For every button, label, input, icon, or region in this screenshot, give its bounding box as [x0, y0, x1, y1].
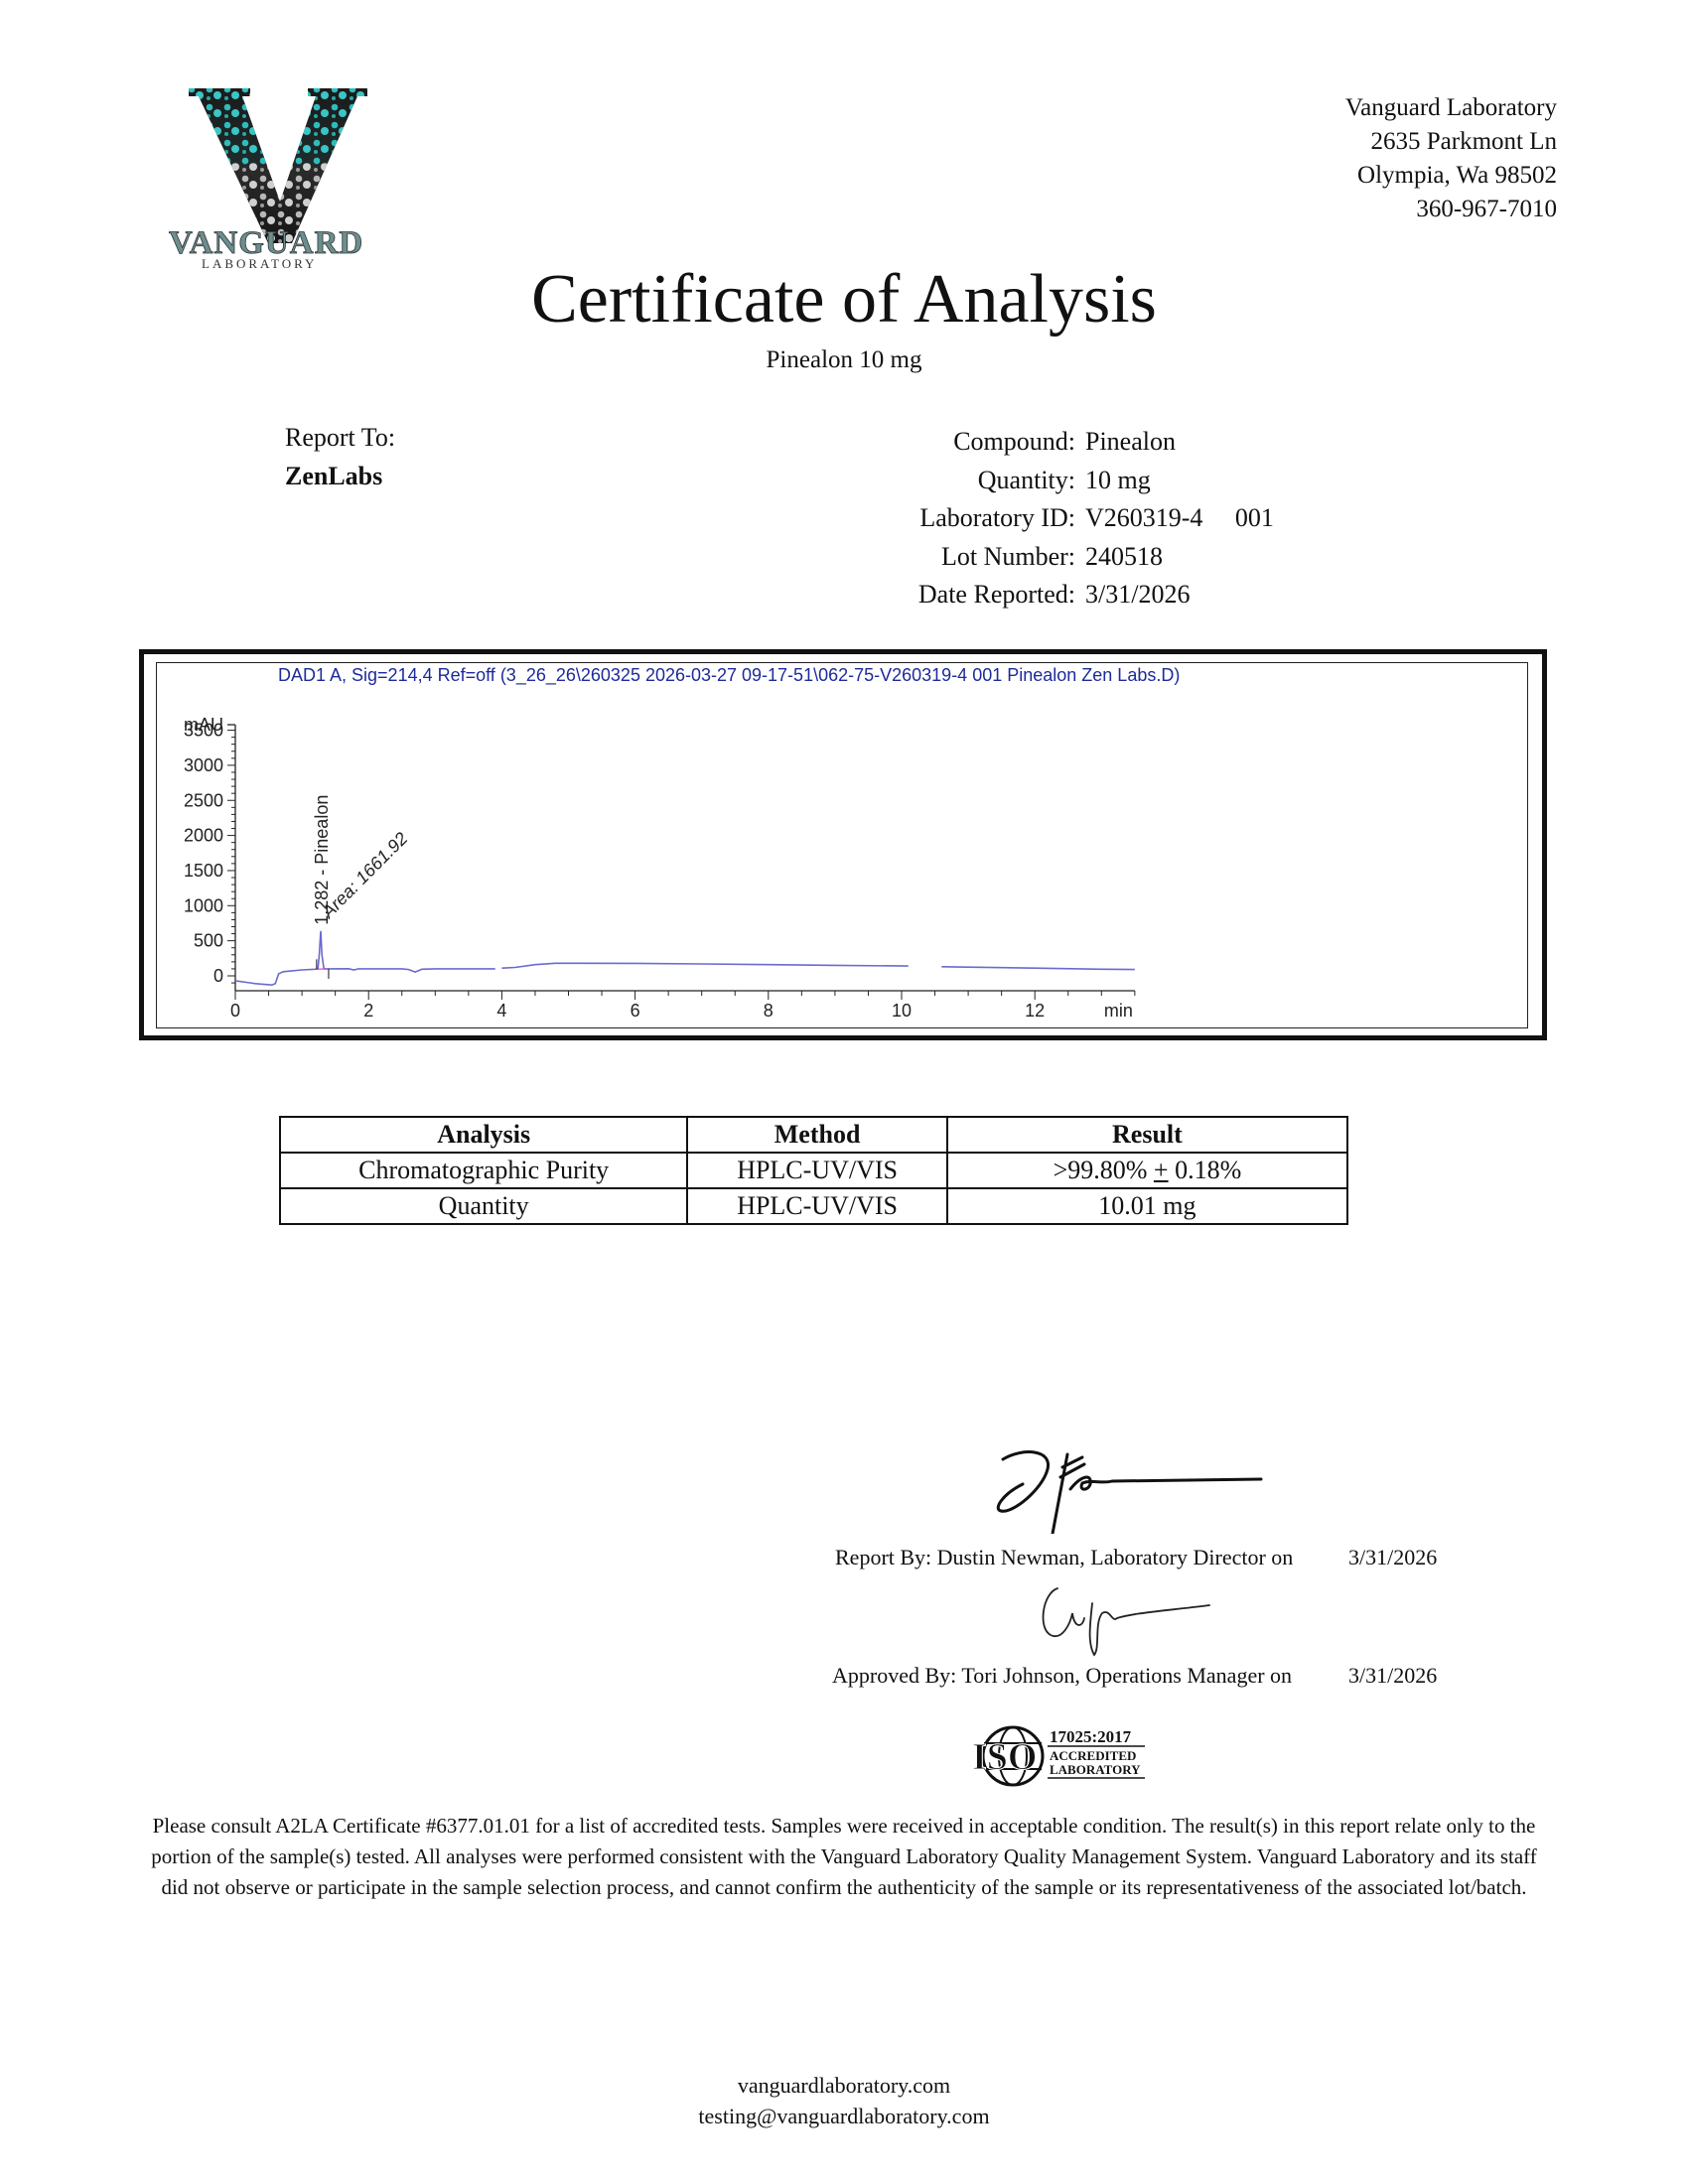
svg-text:6: 6: [631, 1001, 640, 1021]
footer: vanguardlaboratory.com testing@vanguardl…: [0, 2070, 1688, 2131]
iso-mark: ISO: [972, 1736, 1037, 1778]
svg-text:4: 4: [496, 1001, 506, 1021]
svg-text:2: 2: [363, 1001, 373, 1021]
footer-email-link[interactable]: testing@vanguardlaboratory.com: [0, 2101, 1688, 2131]
cell-method: HPLC-UV/VIS: [687, 1153, 947, 1188]
chromatogram-plot: 0500100015002000250030003500mAU024681012…: [0, 0, 1688, 1092]
svg-text:mAU: mAU: [184, 715, 223, 735]
report-by-line: Report By: Dustin Newman, Laboratory Dir…: [835, 1545, 1293, 1570]
svg-text:min: min: [1104, 1001, 1133, 1021]
iso-accreditation-badge: ISO 17025:2017 ACCREDITED LABORATORY: [968, 1725, 1167, 1787]
column-header-result: Result: [947, 1117, 1347, 1153]
cell-result: >99.80% + 0.18%: [947, 1153, 1347, 1188]
svg-text:12: 12: [1025, 1001, 1045, 1021]
table-header-row: Analysis Method Result: [280, 1117, 1347, 1153]
column-header-method: Method: [687, 1117, 947, 1153]
svg-text:1000: 1000: [184, 895, 223, 915]
cell-analysis: Chromatographic Purity: [280, 1153, 687, 1188]
table-row: Chromatographic Purity HPLC-UV/VIS >99.8…: [280, 1153, 1347, 1188]
iso-standard: 17025:2017: [1050, 1727, 1132, 1746]
disclaimer-text: Please consult A2LA Certificate #6377.01…: [149, 1811, 1539, 1903]
cell-method: HPLC-UV/VIS: [687, 1188, 947, 1224]
svg-text:10: 10: [892, 1001, 912, 1021]
svg-text:2500: 2500: [184, 790, 223, 810]
cell-analysis: Quantity: [280, 1188, 687, 1224]
cell-result: 10.01 mg: [947, 1188, 1347, 1224]
results-table: Analysis Method Result Chromatographic P…: [279, 1116, 1348, 1225]
footer-website-link[interactable]: vanguardlaboratory.com: [0, 2070, 1688, 2101]
column-header-analysis: Analysis: [280, 1117, 687, 1153]
svg-text:3000: 3000: [184, 755, 223, 775]
result-value: >99.80%: [1054, 1156, 1154, 1184]
signature-dustin-newman-icon: [993, 1439, 1271, 1534]
svg-text:1500: 1500: [184, 861, 223, 881]
approved-by-date: 3/31/2026: [1348, 1663, 1437, 1689]
svg-text:8: 8: [764, 1001, 774, 1021]
approved-by-line: Approved By: Tori Johnson, Operations Ma…: [832, 1663, 1292, 1689]
table-row: Quantity HPLC-UV/VIS 10.01 mg: [280, 1188, 1347, 1224]
result-uncertainty: 0.18%: [1169, 1156, 1242, 1184]
svg-text:0: 0: [213, 966, 223, 986]
signature-tori-johnson-icon: [1033, 1583, 1211, 1658]
iso-laboratory: LABORATORY: [1050, 1762, 1141, 1777]
plus-minus-sign: +: [1154, 1156, 1169, 1184]
svg-text:500: 500: [194, 931, 223, 951]
svg-text:0: 0: [230, 1001, 240, 1021]
report-by-date: 3/31/2026: [1348, 1545, 1437, 1570]
result-value: 10.01 mg: [1098, 1191, 1196, 1220]
iso-accredited: ACCREDITED: [1050, 1748, 1136, 1763]
svg-text:2000: 2000: [184, 826, 223, 846]
